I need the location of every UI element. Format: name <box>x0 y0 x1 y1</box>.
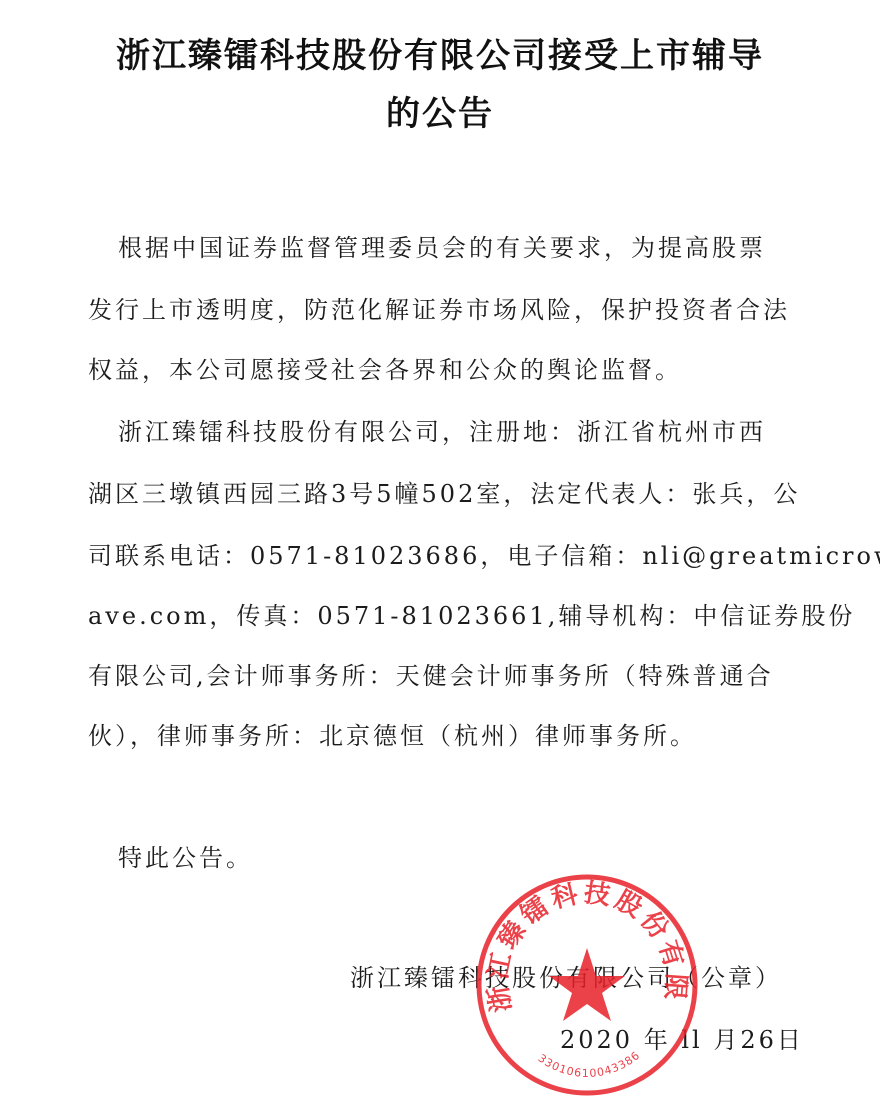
text-line: 湖区三墩镇西园三路3号5幢502室，法定代表人：张兵，公 <box>88 474 800 509</box>
text-line: 司联系电话：0571-81023686，电子信箱：nli@greatmicrow <box>88 536 880 571</box>
company-seal-icon: 浙江臻镭科技股份有限公司 33010610043386 <box>472 870 702 1100</box>
text-line: 有限公司,会计师事务所：天健会计师事务所（特殊普通合 <box>88 656 774 691</box>
closing-text: 特此公告。 <box>118 838 253 873</box>
title-line-1: 浙江臻镭科技股份有限公司接受上市辅导 <box>0 28 880 77</box>
text-line: 权益，本公司愿接受社会各界和公众的舆论监督。 <box>88 350 682 385</box>
title-line-2: 的公告 <box>0 86 880 135</box>
text-line: 伙），律师事务所：北京德恒（杭州）律师事务所。 <box>88 716 697 751</box>
text-line: 发行上市透明度，防范化解证券市场风险，保护投资者合法 <box>88 290 790 325</box>
text-line: ave.com，传真：0571-81023661,辅导机构：中信证券股份 <box>88 596 855 631</box>
text-line: 浙江臻镭科技股份有限公司，注册地：浙江省杭州市西 <box>118 412 766 447</box>
svg-text:33010610043386: 33010610043386 <box>536 1049 643 1080</box>
text-line: 根据中国证券监督管理委员会的有关要求，为提高股票 <box>118 228 766 263</box>
